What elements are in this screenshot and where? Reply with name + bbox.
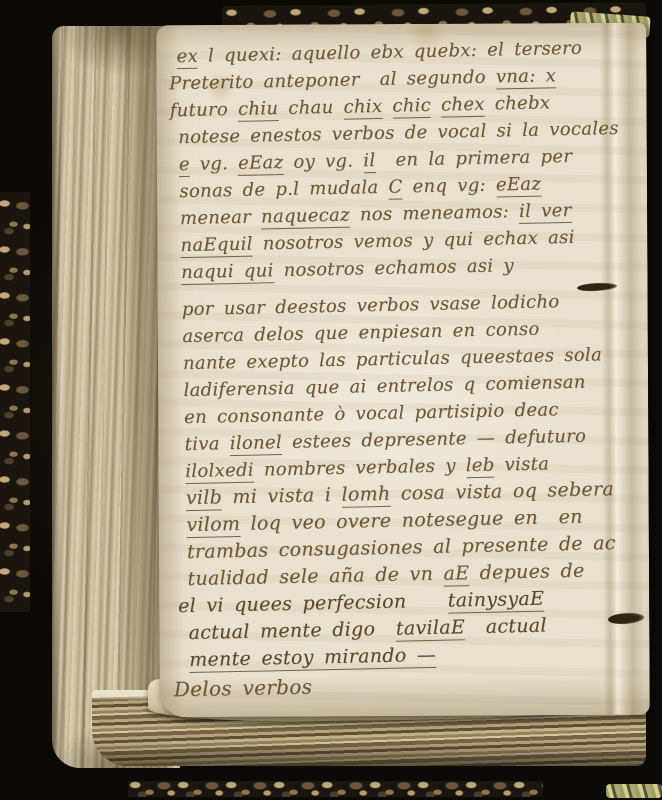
underlined-word: mente estoy mirando — <box>189 644 436 673</box>
handwritten-text: futuro <box>169 99 238 121</box>
handwritten-text: loq veo overe notesegue en en <box>240 506 583 535</box>
handwritten-text: oy vg. <box>283 150 363 173</box>
underlined-word: naquecaz <box>261 205 350 230</box>
handwritten-text: nombres verbales y <box>254 455 466 480</box>
underlined-word: ilolxedi <box>185 460 254 484</box>
handwritten-text: actual mente digo <box>188 618 396 644</box>
handwritten-text: tualidad sele aña de vn <box>187 563 443 590</box>
underlined-word: e <box>179 154 190 177</box>
underlined-word: C <box>388 176 403 199</box>
underlined-word: eEaz <box>496 174 542 198</box>
handwritten-text: vg. <box>190 153 239 175</box>
handwritten-text: chau <box>278 97 344 119</box>
underlined-word: ilonel <box>230 432 283 456</box>
handwritten-text: tiva <box>184 433 230 455</box>
handwritten-text: en la primera per <box>375 146 572 171</box>
underlined-word: aE <box>443 562 469 587</box>
handwritten-text: Delos verbos <box>174 674 313 701</box>
handwritten-text: mi vista i <box>222 484 342 508</box>
underlined-word: il ver <box>519 200 572 224</box>
underlined-word: il <box>363 150 376 173</box>
manuscript-photo: ex l quexi: aquello ebx quebx: el terser… <box>0 0 662 800</box>
text-block: ex l quexi: aquello ebx quebx: el terser… <box>176 34 646 703</box>
handwritten-text: nos meneamos: <box>350 201 520 226</box>
underlined-word: chic <box>392 95 431 119</box>
underlined-word: naEquil <box>180 234 253 259</box>
underlined-word: ex <box>176 46 198 69</box>
underlined-word: chex <box>441 94 485 118</box>
handwritten-text: actual <box>465 615 547 639</box>
underlined-word: vilom <box>186 513 240 538</box>
underlined-word: tainysyaE <box>448 588 545 614</box>
underlined-word: naqui qui <box>181 260 274 285</box>
handwritten-text: chebx <box>485 92 551 114</box>
underlined-word: vilb <box>186 486 223 511</box>
underlined-word: vna: x <box>496 65 557 89</box>
manuscript-page: ex l quexi: aquello ebx quebx: el terser… <box>156 23 650 718</box>
underlined-word: chix <box>343 96 382 120</box>
marbled-cover-left-edge <box>0 192 30 612</box>
handwritten-text: depues de <box>469 560 585 584</box>
handwritten-text: menear <box>180 206 262 229</box>
handwritten-text: enq vg: <box>402 175 496 198</box>
handwritten-text: el vi quees perfecsion <box>178 590 448 618</box>
underlined-word: leb <box>465 455 494 479</box>
underlined-word: lomh <box>341 483 390 508</box>
underlined-word: eEaz <box>238 152 284 176</box>
handwritten-text: nosotros vemos y qui echax asi <box>252 227 574 255</box>
underlined-word: tavilaE <box>396 616 466 641</box>
underlined-word: chiu <box>238 98 279 122</box>
handwritten-text: cosa vista oq sebera <box>390 478 614 505</box>
marbled-cover-bottom-edge <box>128 781 543 797</box>
handwritten-text: estees depresente — defuturo <box>282 426 587 453</box>
handwritten-text: nosotros echamos asi y <box>273 255 514 281</box>
handwritten-text: vista <box>494 453 549 475</box>
handwritten-text: Preterito anteponer al segundo <box>169 67 496 95</box>
handwritten-text <box>382 96 392 117</box>
headband-bottom <box>606 784 662 798</box>
handwritten-text: sonas de p.l mudala <box>179 177 389 202</box>
